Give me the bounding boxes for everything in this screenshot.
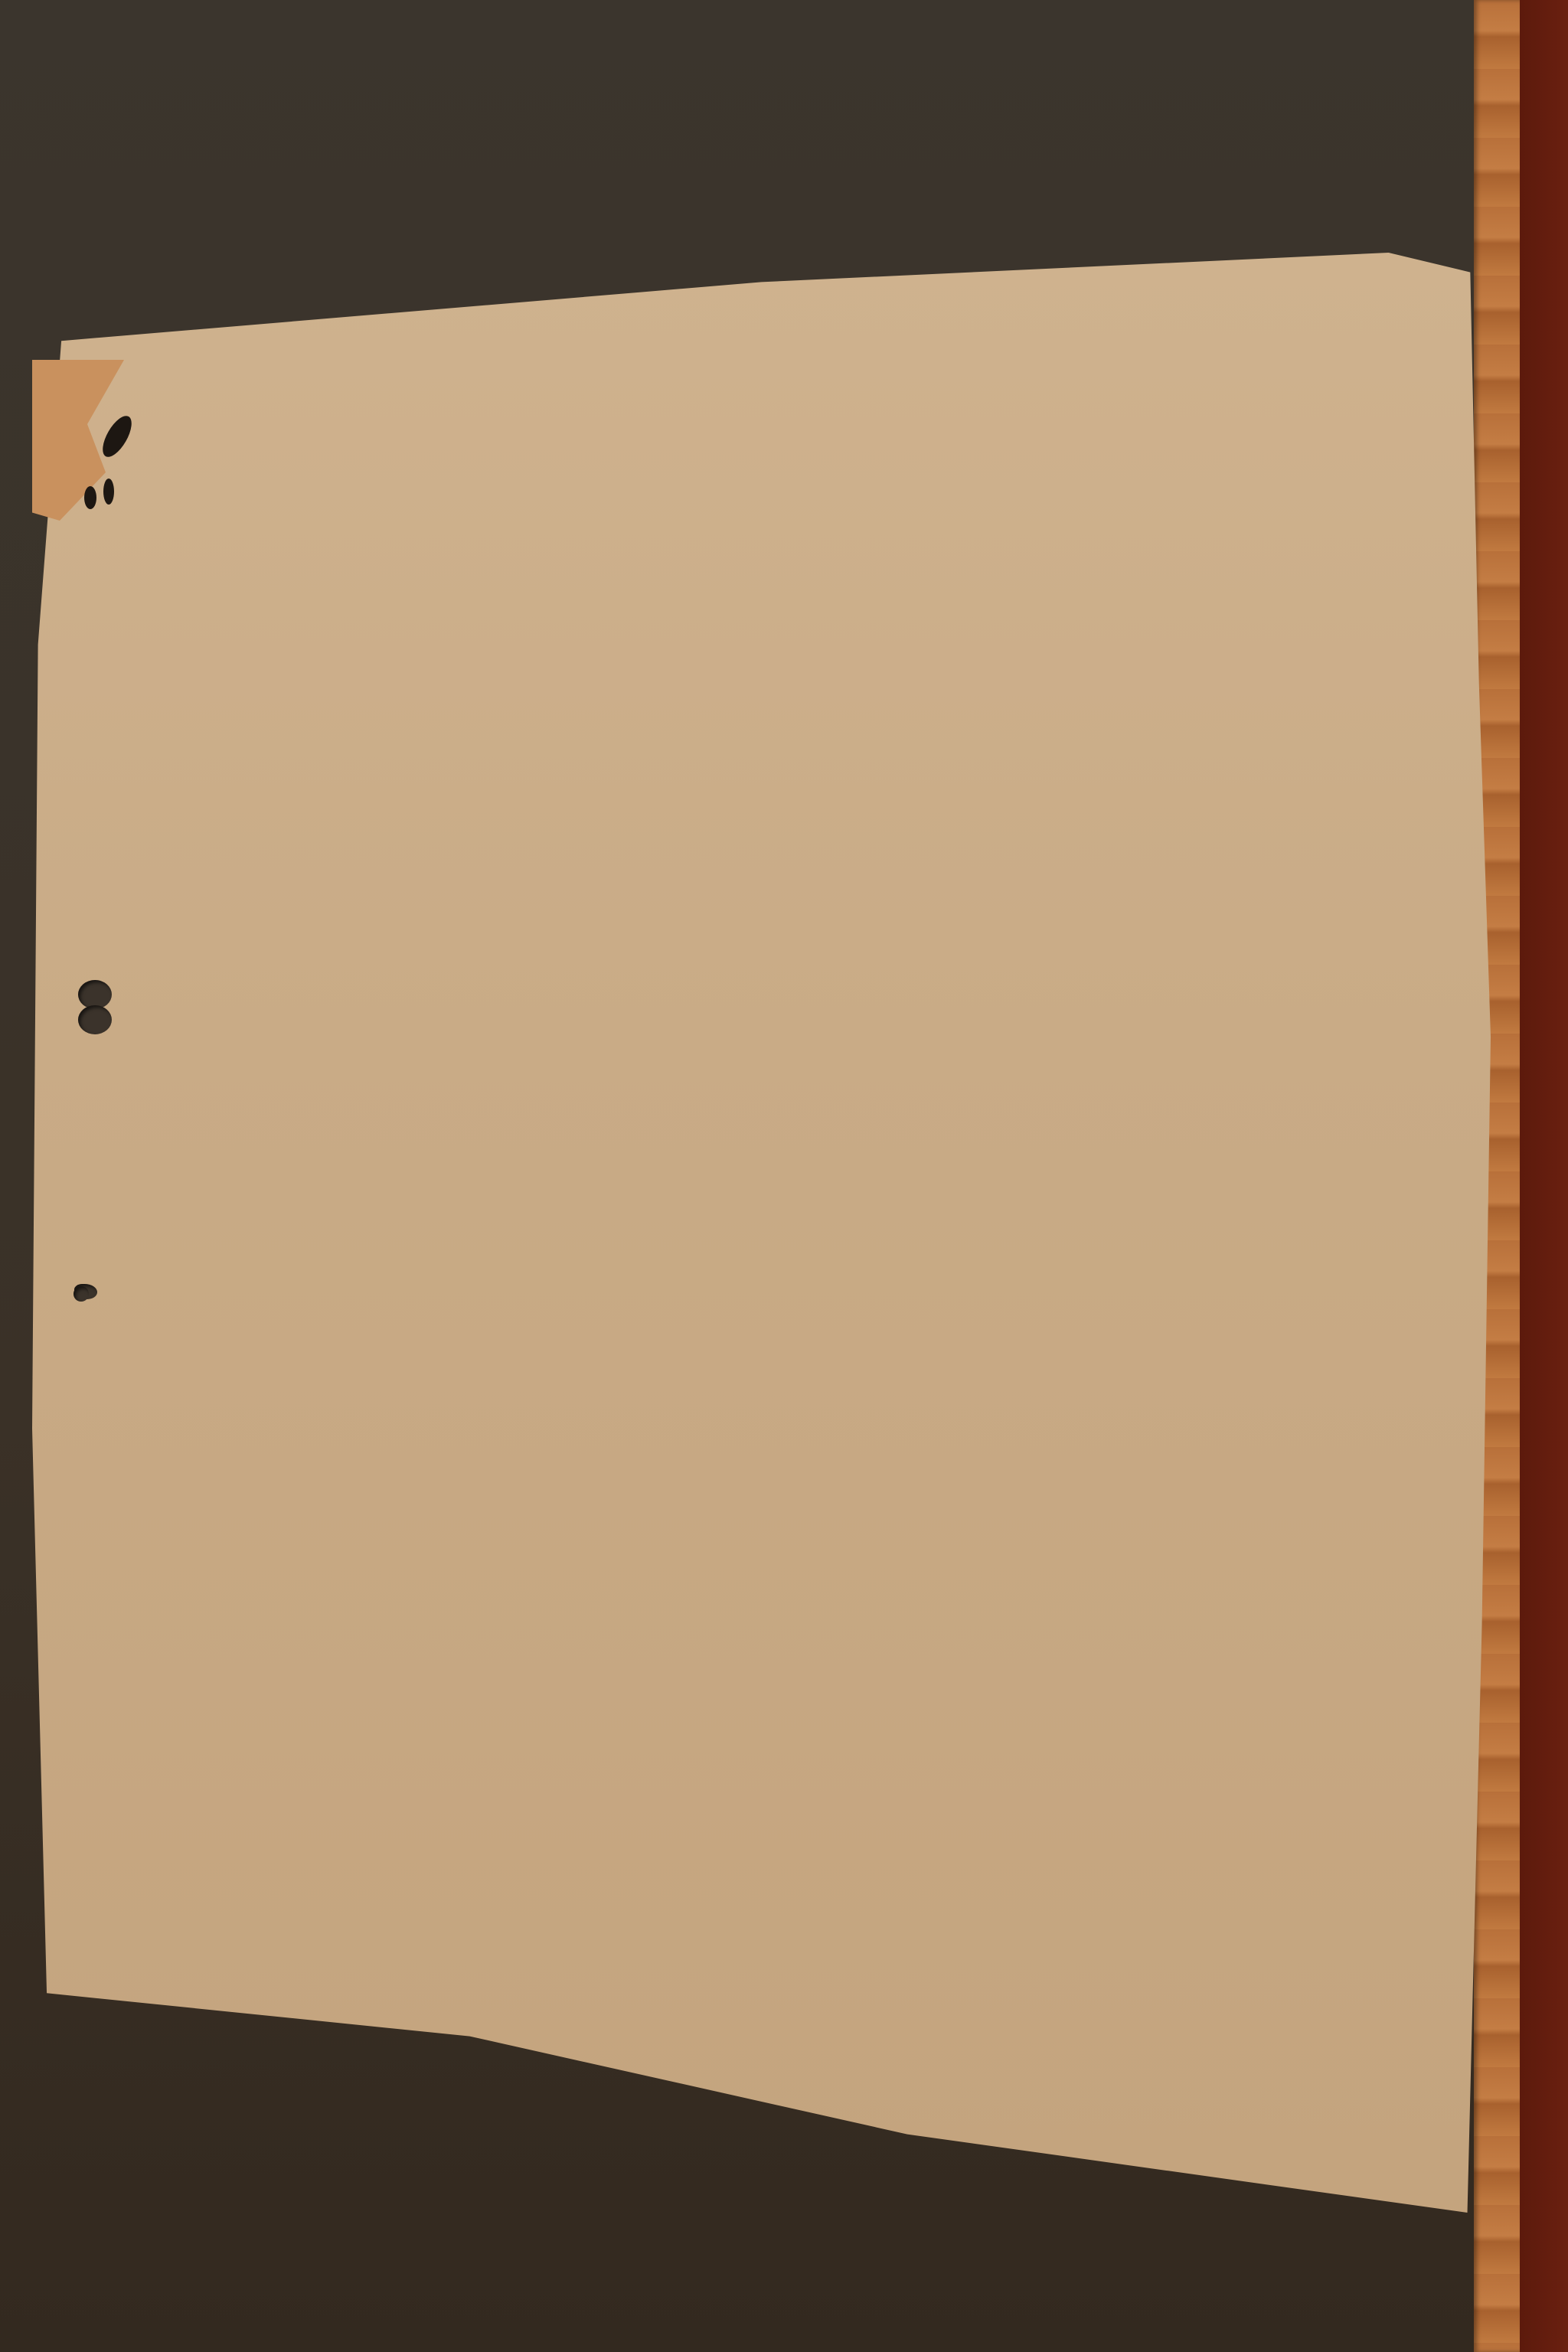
- margin-fragment-text: [29, 459, 51, 546]
- ink-blot: [84, 486, 96, 509]
- punch-hole: [78, 1005, 112, 1034]
- letter-paper: [32, 253, 1491, 2213]
- ink-blot: [103, 479, 114, 505]
- red-cloth-background: [1520, 0, 1568, 2352]
